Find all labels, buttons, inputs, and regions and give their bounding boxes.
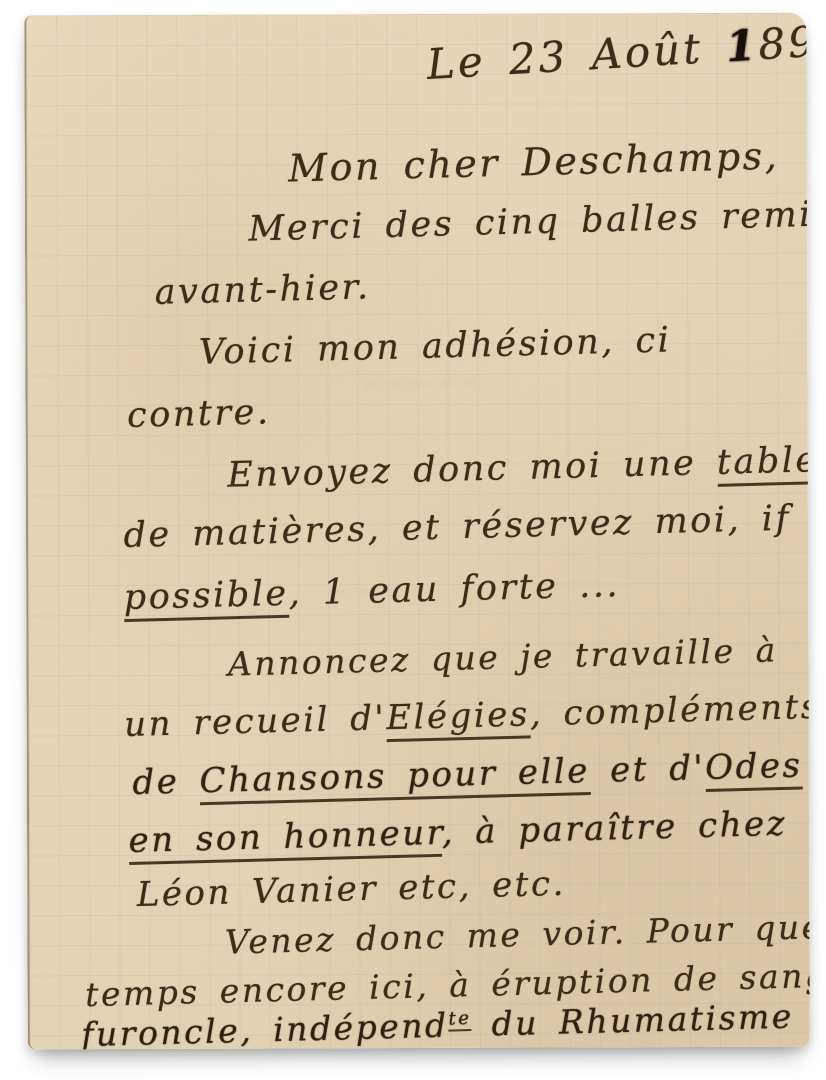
superscript-abbreviation: te [448,1008,472,1032]
handwritten-line: de Chansons pour elle et d'Odes [132,745,803,803]
handwritten-line: possible, 1 eau forte ... [123,564,620,619]
word-segment: un recueil d' [124,698,387,745]
handwritten-line: Léon Vanier etc, etc. [136,864,566,916]
word-segment: Venez donc me voir. Pour quelque [224,905,809,962]
word-segment: avant-hier. [154,267,371,313]
word-segment: Voici mon adhésion, ci [198,320,671,372]
handwritten-line: avant-hier. [154,266,371,314]
underlined-word: possible [123,574,289,622]
verso-ink-show-through: ~~~~~ [357,364,484,404]
date-prefix: Le 23 Août [425,22,727,89]
handwritten-line: contre. [127,391,271,437]
photo-background: { "colors": { "background": "#ffffff", "… [0,0,826,1080]
handwritten-line: en son honneur, à paraître chez [128,804,787,862]
underlined-word: Odes [705,745,803,792]
word-segment: Mon cher Deschamps, [288,134,780,191]
handwritten-line: Venez donc me voir. Pour quelque [224,905,809,962]
word-segment: du Rhumatisme [471,997,794,1044]
handwritten-line: Envoyez donc moi une table [227,439,810,496]
salutation-line: Mon cher Deschamps, [288,134,780,192]
handwritten-line: Annoncez que je travaille à [227,630,778,684]
date-year: 1892 [725,15,810,73]
letter-page: ~~~~~ ~~~~ Le 23 Août 1892 Mon cher Desc… [24,13,810,1050]
word-segment: , 1 eau forte ... [288,565,620,614]
underlined-phrase: Chansons pour elle [199,751,590,805]
underlined-phrase: en son honneur [128,813,442,865]
word-segment: , à paraître chez [441,804,787,853]
handwritten-line: de matières, et réservez moi, if [123,498,791,557]
word-segment: de matières, et réservez moi, if [123,499,791,556]
word-segment: Envoyez donc moi une [227,443,718,496]
word-segment: Annoncez que je travaille à [227,630,778,683]
word-segment: contre. [127,392,271,436]
handwritten-line: Voici mon adhésion, ci [198,319,671,373]
underlined-word: table [716,440,809,487]
handwritten-line: Merci des cinq balles remises [248,192,810,250]
word-segment: de [132,761,200,803]
date-line: Le 23 Août 1892 [425,15,809,90]
word-segment: et d' [589,748,706,791]
word-segment: Léon Vanier etc, etc. [136,864,566,915]
underlined-word: Elégies [386,694,531,742]
handwritten-line: un recueil d'Elégies, compléments [124,687,810,746]
word-segment: Merci des cinq balles remises [248,193,810,249]
word-segment: , compléments [529,687,810,735]
